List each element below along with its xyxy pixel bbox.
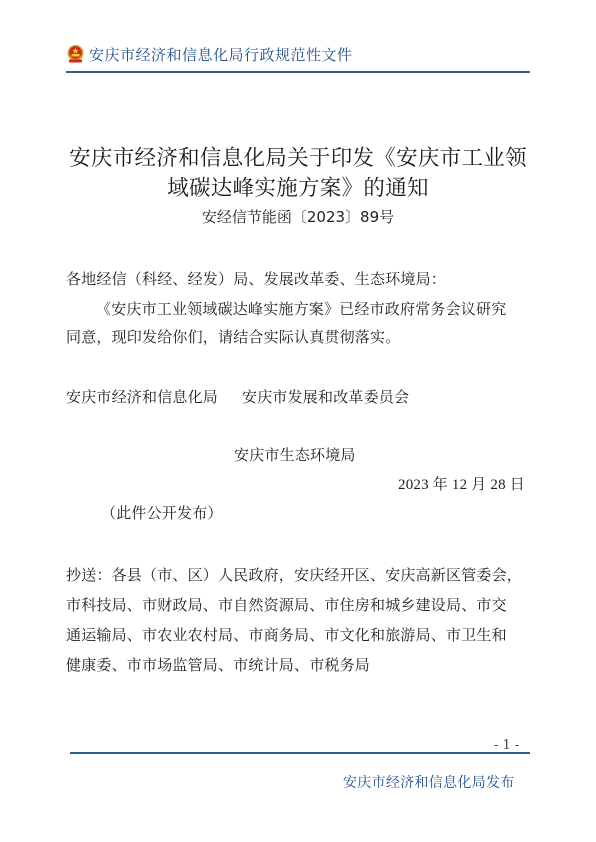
body-line-1: 《安庆市工业领域碳达峰实施方案》已经市政府常务会议研究 bbox=[96, 298, 506, 319]
issuer-1: 安庆市经济和信息化局 bbox=[66, 386, 218, 407]
document-header: 安庆市经济和信息化局行政规范性文件 bbox=[66, 40, 353, 68]
issuer-2: 安庆市发展和改革委员会 bbox=[242, 386, 409, 407]
header-divider bbox=[66, 71, 530, 73]
issuer-3: 安庆市生态环境局 bbox=[234, 444, 356, 465]
cc-line-3: 通运输局、市农业农村局、市商务局、市文化和旅游局、市卫生和 bbox=[66, 624, 507, 645]
title-line-2: 域碳达峰实施方案》的通知 bbox=[40, 174, 556, 204]
salutation: 各地经信（科经、经发）局、发展改革委、生态环境局： bbox=[66, 268, 446, 289]
cc-line-4: 健康委、市市场监管局、市统计局、市税务局 bbox=[66, 654, 370, 675]
cc-line-1: 抄送：各县（市、区）人民政府，安庆经开区、安庆高新区管委会， bbox=[66, 564, 522, 585]
public-note: （此件公开发布） bbox=[101, 502, 223, 523]
footer-divider bbox=[70, 752, 530, 754]
body-line-2: 同意，现印发给你们，请结合实际认真贯彻落实。 bbox=[66, 326, 400, 347]
cc-line-2: 市科技局、市财政局、市自然资源局、市住房和城乡建设局、市交 bbox=[66, 594, 507, 615]
document-title: 安庆市经济和信息化局关于印发《安庆市工业领 域碳达峰实施方案》的通知 bbox=[40, 144, 556, 204]
title-line-1: 安庆市经济和信息化局关于印发《安庆市工业领 bbox=[40, 144, 556, 174]
header-title: 安庆市经济和信息化局行政规范性文件 bbox=[89, 44, 353, 65]
issue-date: 2023 年 12 月 28 日 bbox=[398, 473, 525, 494]
national-emblem-icon bbox=[66, 44, 85, 64]
document-number: 安经信节能函〔2023〕89号 bbox=[0, 206, 596, 227]
page-number: - 1 - bbox=[494, 738, 519, 753]
publisher: 安庆市经济和信息化局发布 bbox=[343, 772, 515, 792]
